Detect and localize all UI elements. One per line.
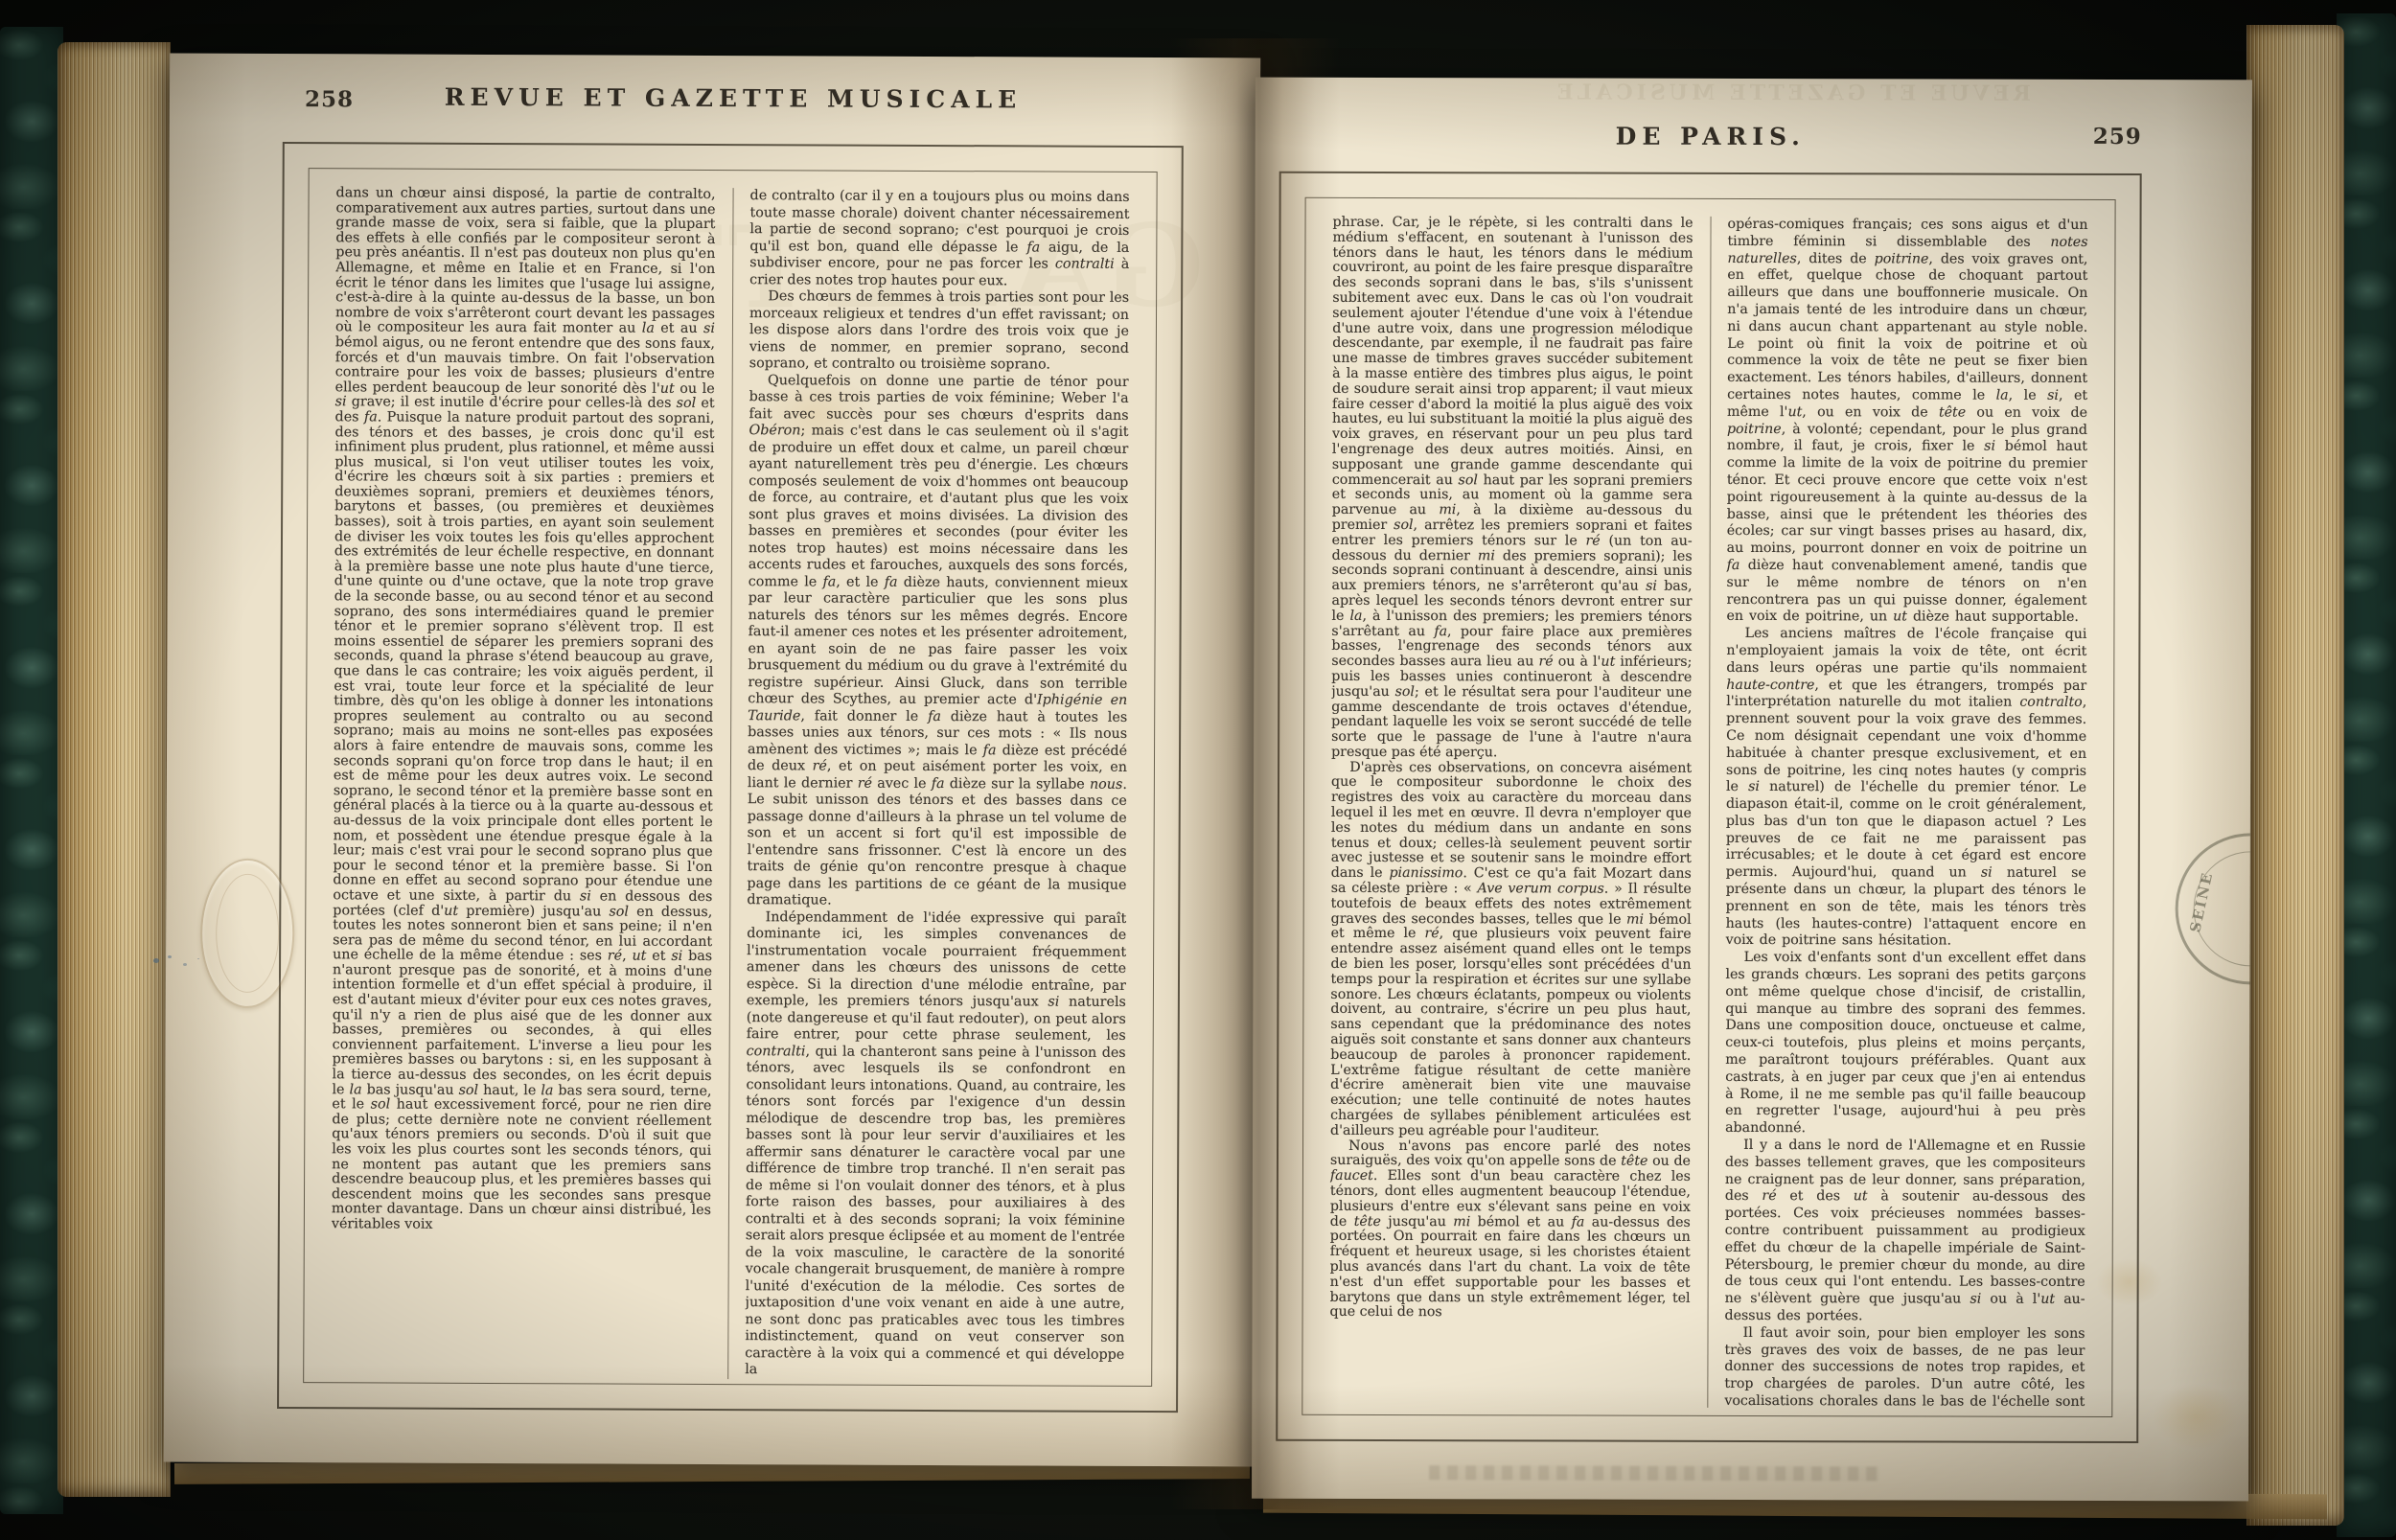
paragraph: Quelquefois on donne une partie de ténor…	[747, 373, 1128, 911]
ink-library-stamp: SEINE	[2175, 833, 2251, 984]
book-photo: GAZETTE 258 REVUE ET GAZETTE MUSICALE da…	[0, 0, 2396, 1540]
text-columns-left: dans un chœur ainsi disposé, la partie d…	[331, 186, 1129, 1381]
running-head-right: DE PARIS.	[1279, 122, 2142, 151]
paragraph: D'après ces observations, on concevra ai…	[1330, 761, 1692, 1140]
text-columns-right: phrase. Car, je le répète, si les contra…	[1329, 216, 2087, 1409]
column-rule	[727, 188, 733, 1379]
paragraph: Il faut avoir soin, pour bien employer l…	[1724, 1325, 2085, 1409]
embossed-library-stamp	[200, 859, 295, 1008]
page-259: REVUE ET GAZETTE MUSICALE DE PARIS. 259 …	[1252, 78, 2252, 1502]
ink-stamp-text: SEINE	[2186, 870, 2216, 934]
foxing-spot	[2153, 1383, 2239, 1450]
show-through-header: REVUE ET GAZETTE MUSICALE	[1500, 80, 2085, 106]
paragraph: Indépendamment de l'idée expressive qui …	[745, 909, 1126, 1381]
show-through-smudge	[1429, 1465, 1879, 1481]
folio-right: 259	[2075, 124, 2142, 149]
running-head-left: REVUE ET GAZETTE MUSICALE	[283, 82, 1184, 114]
paragraph: Les anciens maîtres de l'école française…	[1726, 626, 2087, 951]
paragraph: Les voix d'enfants sont d'un excellent e…	[1725, 950, 2086, 1138]
text-column: de contralto (car il y en a toujours plu…	[745, 188, 1129, 1381]
text-column: phrase. Car, je le répète, si les contra…	[1329, 216, 1693, 1408]
paragraph: Il y a dans le nord de l'Allemagne et en…	[1725, 1138, 2086, 1326]
book-cover-right	[2337, 13, 2396, 1537]
paragraph: Nous n'avons pas encore parlé des notes …	[1330, 1138, 1691, 1322]
paragraph: opéras-comiques français; ces sons aigus…	[1726, 217, 2087, 627]
text-column: dans un chœur ainsi disposé, la partie d…	[331, 186, 715, 1379]
paragraph: de contralto (car il y en a toujours plu…	[749, 188, 1129, 290]
paragraph: dans un chœur ainsi disposé, la partie d…	[332, 186, 716, 1233]
page-258: GAZETTE 258 REVUE ET GAZETTE MUSICALE da…	[164, 54, 1260, 1467]
page-edges-left	[58, 42, 171, 1497]
text-column: opéras-comiques français; ces sons aigus…	[1724, 217, 2087, 1409]
page-edges-right	[2246, 25, 2344, 1526]
paragraph: phrase. Car, je le répète, si les contra…	[1331, 216, 1693, 762]
ink-specks	[153, 958, 159, 963]
book-cover-left	[0, 27, 63, 1514]
paragraph: Des chœurs de femmes à trois parties son…	[749, 288, 1129, 374]
column-rule	[1707, 217, 1711, 1408]
